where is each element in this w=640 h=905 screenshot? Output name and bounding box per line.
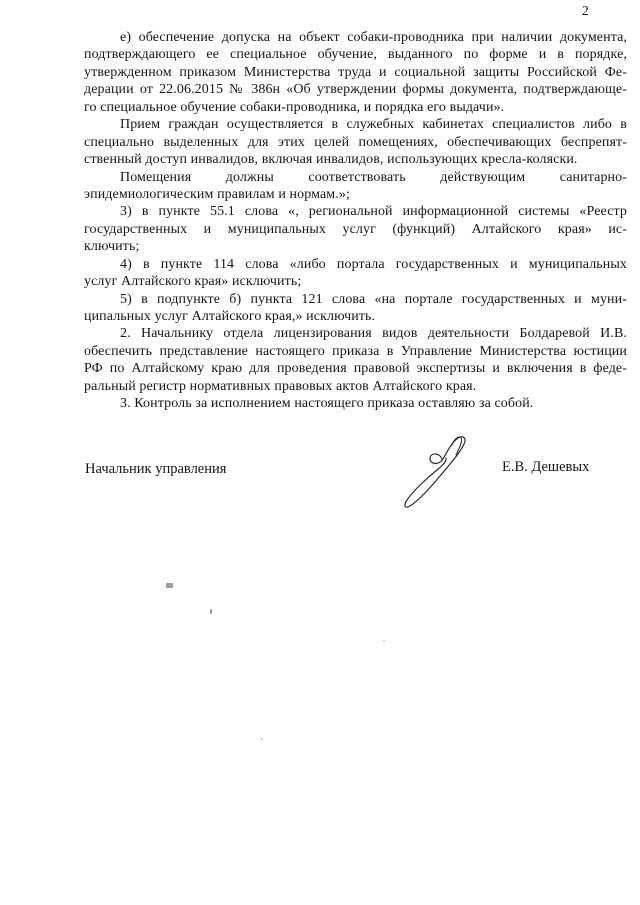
- text-line: услуг Алтайского края» исключить;: [84, 273, 627, 290]
- text-line: Прием граждан осуществляется в служебных…: [84, 116, 627, 133]
- scanned-document-page: 2 е) обеспечение допуска на объект собак…: [0, 0, 640, 905]
- scan-speck: [210, 609, 212, 614]
- text-line: го специальное обучение собаки-проводник…: [84, 99, 627, 116]
- text-line: 3. Контроль за исполнением настоящего пр…: [84, 395, 627, 412]
- text-line: ральный регистр нормативных правовых акт…: [84, 378, 627, 395]
- page-number: 2: [582, 3, 589, 18]
- text-line: 5) в подпункте б) пункта 121 слова «на п…: [84, 291, 627, 308]
- handwritten-signature: [382, 426, 482, 521]
- document-body: е) обеспечение допуска на объект собаки-…: [84, 29, 627, 413]
- text-line: утвержденном приказом Министерства труда…: [84, 64, 627, 81]
- text-line: ключить;: [84, 238, 627, 255]
- text-line: специально выделенных для этих целей пом…: [84, 134, 627, 151]
- scan-speck: [261, 738, 263, 740]
- text-line: 2. Начальнику отдела лицензирования видо…: [84, 325, 627, 342]
- signature-name: Е.В. Дешевых: [502, 459, 589, 476]
- signature-role-label: Начальник управления: [85, 461, 226, 478]
- text-line: обеспечить представление настоящего прик…: [84, 343, 627, 360]
- text-line: е) обеспечение допуска на объект собаки-…: [84, 29, 627, 46]
- scan-speck: [383, 640, 385, 642]
- text-line: 4) в пункте 114 слова «либо портала госу…: [84, 256, 627, 273]
- text-line: РФ по Алтайскому краю для проведения пра…: [84, 360, 627, 377]
- text-line: Помещения должны соответствовать действу…: [84, 169, 627, 186]
- text-line: подтверждающего ее специальное обучение,…: [84, 46, 627, 63]
- text-line: ципальных услуг Алтайского края,» исключ…: [84, 308, 627, 325]
- scan-speck: [166, 583, 173, 588]
- text-line: государственных и муниципальных услуг (ф…: [84, 221, 627, 238]
- text-line: дерации от 22.06.2015 № 386н «Об утвержд…: [84, 81, 627, 98]
- text-line: ственный доступ инвалидов, включая инвал…: [84, 151, 627, 168]
- text-line: эпидемиологическим правилам и нормам.»;: [84, 186, 627, 203]
- text-line: 3) в пункте 55.1 слова «, региональной и…: [84, 203, 627, 220]
